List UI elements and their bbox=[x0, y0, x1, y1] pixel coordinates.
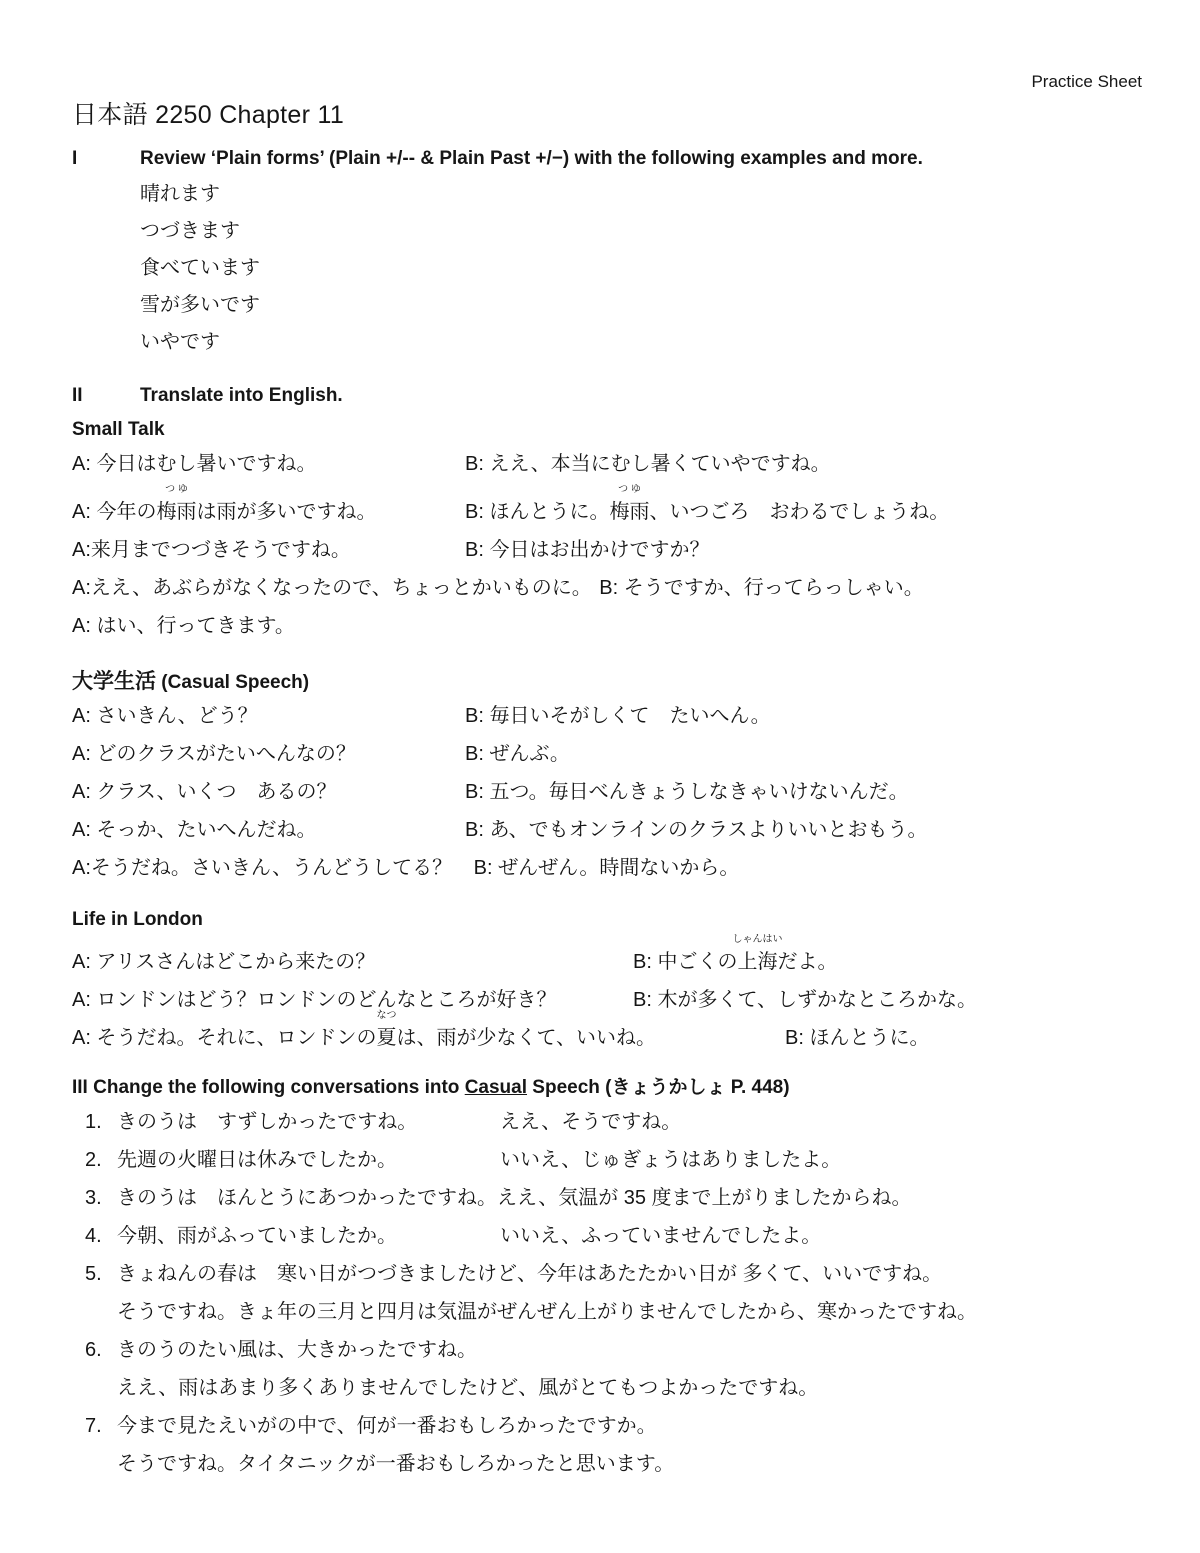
speaker-b-text: B: そうですか、行ってらっしゃい。 bbox=[599, 577, 923, 599]
speaker-a-text: A: アリスさんはどこから来たの？ bbox=[72, 951, 375, 973]
small-talk-heading: Small Talk bbox=[72, 415, 1144, 445]
item-question: 先週の火曜日は休みでしたか。 bbox=[117, 1149, 397, 1171]
item-response: ええ、そうですね。 bbox=[500, 1103, 681, 1141]
speaker-a-text: A: はい、行ってきます。 bbox=[72, 615, 295, 637]
item-number: 5. bbox=[85, 1255, 102, 1293]
dialogue-line: A: 今日はむし暑いですね。 B: ええ、本当にむし暑くていやですね。 bbox=[72, 445, 1144, 483]
item-number: 1. bbox=[85, 1103, 102, 1141]
ruby-word: つ ゆ梅雨 bbox=[156, 493, 196, 531]
exercise-item: 5. きょねんの春は 寒い日がつづきましたけど、今年はあたたかい日が 多くて、い… bbox=[72, 1255, 1144, 1293]
speaker-b-text: B: ほんとうに。つ ゆ梅雨、いつごろ おわるでしょうね。 bbox=[465, 493, 949, 531]
section-ii-numeral: II bbox=[72, 383, 140, 409]
speaker-b-text: B: 毎日いそがしくて たいへん。 bbox=[465, 697, 771, 735]
dialogue-line: A: そっか、たいへんだね。 B: あ、でもオンラインのクラスよりいいとおもう。 bbox=[72, 811, 1144, 849]
item-continuation-line: そうですね。タイタニックが一番おもしろかったと思います。 bbox=[72, 1445, 1144, 1483]
ruby-word: しゃんはい上海 bbox=[737, 943, 777, 981]
text-segment: B: ほんとうに。 bbox=[465, 501, 609, 523]
example-line: いやです bbox=[140, 324, 1144, 361]
exercise-item: 4. 今朝、雨がふっていましたか。 いいえ、ふっていませんでしたよ。 bbox=[72, 1217, 1144, 1255]
speaker-a-text: A:来月までつづきそうですね。 bbox=[72, 539, 351, 561]
item-question: きのうのたい風は、大きかったですね。 bbox=[117, 1339, 477, 1361]
campus-life-heading: 大学生活 (Casual Speech) bbox=[72, 667, 1144, 697]
ruby-base: 梅雨 bbox=[609, 501, 649, 523]
exercise-item: 2. 先週の火曜日は休みでしたか。 いいえ、じゅぎょうはありましたよ。 bbox=[72, 1141, 1144, 1179]
heading-text: III Change the following conversations i… bbox=[72, 1077, 459, 1098]
item-number: 2. bbox=[85, 1141, 102, 1179]
section-i-heading: Review ‘Plain forms’ (Plain +/-- & Plain… bbox=[140, 148, 923, 169]
life-in-london-heading: Life in London bbox=[72, 905, 1144, 935]
example-line: 食べています bbox=[140, 250, 1144, 287]
ruby-word: つ ゆ梅雨 bbox=[609, 493, 649, 531]
dialogue-line: A: さいきん、どう？ B: 毎日いそがしくて たいへん。 bbox=[72, 697, 1144, 735]
dialogue-line: A: 今年のつ ゆ梅雨は雨が多いですね。 B: ほんとうに。つ ゆ梅雨、いつごろ… bbox=[72, 493, 1144, 531]
speaker-a-text: A: どのクラスがたいへんなの？ bbox=[72, 743, 356, 765]
speaker-b-text: B: ええ、本当にむし暑くていやですね。 bbox=[465, 445, 831, 483]
heading-text: Speech (きょうかしょ P. 448) bbox=[532, 1077, 789, 1098]
text-segment: B: 中ごくの bbox=[633, 951, 737, 973]
dialogue-line: A: どのクラスがたいへんなの？ B: ぜんぶ。 bbox=[72, 735, 1144, 773]
dialogue-line: A: ロンドンはどう？ロンドンのどんなところが好き？ B: 木が多くて、しずかな… bbox=[72, 981, 1144, 1019]
exercise-item: 6. きのうのたい風は、大きかったですね。 bbox=[72, 1331, 1144, 1369]
example-line: 雪が多いです bbox=[140, 287, 1144, 324]
item-response: いいえ、ふっていませんでしたよ。 bbox=[500, 1217, 821, 1255]
dialogue-line: A: そうだね。それに、ロンドンのなつ夏は、雨が少なくて、いいね。 B: ほんと… bbox=[72, 1019, 1144, 1057]
speaker-b-text: B: あ、でもオンラインのクラスよりいいとおもう。 bbox=[465, 811, 927, 849]
speaker-b-text: B: 木が多くて、しずかなところかな。 bbox=[633, 981, 977, 1019]
ruby-word: なつ夏 bbox=[376, 1019, 396, 1057]
page-title: 日本語 2250 Chapter 11 bbox=[72, 98, 1144, 132]
ruby-base: 梅雨 bbox=[156, 501, 196, 523]
example-line: つづきます bbox=[140, 213, 1144, 250]
furigana: なつ bbox=[376, 1011, 396, 1021]
corner-label: Practice Sheet bbox=[1031, 72, 1142, 92]
item-question: きのうは ほんとうにあつかったですね。ええ、気温が 35 度まで上がりましたから… bbox=[117, 1187, 912, 1209]
item-response: いいえ、じゅぎょうはありましたよ。 bbox=[500, 1141, 841, 1179]
speaker-b-text: B: 中ごくのしゃんはい上海だよ。 bbox=[633, 943, 837, 981]
section-i-heading-row: IReview ‘Plain forms’ (Plain +/-- & Plai… bbox=[72, 146, 1144, 172]
practice-sheet-page: Practice Sheet 日本語 2250 Chapter 11 IRevi… bbox=[0, 0, 1200, 1553]
section-ii-heading-row: IITranslate into English. bbox=[72, 383, 1144, 409]
dialogue-line: A:来月までつづきそうですね。 B: 今日はお出かけですか？ bbox=[72, 531, 1144, 569]
item-number: 4. bbox=[85, 1217, 102, 1255]
exercise-item: 3. きのうは ほんとうにあつかったですね。ええ、気温が 35 度まで上がりまし… bbox=[72, 1179, 1144, 1217]
speaker-a-text: A: さいきん、どう？ bbox=[72, 705, 258, 727]
item-number: 7. bbox=[85, 1407, 102, 1445]
speaker-a-text: A:そうだね。さいきん、うんどうしてる？ bbox=[72, 857, 452, 879]
item-question: 今朝、雨がふっていましたか。 bbox=[117, 1225, 397, 1247]
text-segment: は雨が多いですね。 bbox=[196, 501, 376, 523]
speaker-a-text: A:ええ、あぶらがなくなったので、ちょっとかいものに。 bbox=[72, 577, 592, 599]
speaker-b-text: B: 今日はお出かけですか？ bbox=[465, 531, 709, 569]
item-question: きょねんの春は 寒い日がつづきましたけど、今年はあたたかい日が 多くて、いいです… bbox=[117, 1263, 942, 1285]
item-number: 3. bbox=[85, 1179, 102, 1217]
dialogue-line: A:ええ、あぶらがなくなったので、ちょっとかいものに。 B: そうですか、行って… bbox=[72, 569, 1144, 607]
exercise-item: 1. きのうは すずしかったですね。 ええ、そうですね。 bbox=[72, 1103, 1144, 1141]
example-line: 晴れます bbox=[140, 176, 1144, 213]
furigana: つ ゆ bbox=[165, 485, 188, 495]
speaker-a-text: A: 今日はむし暑いですね。 bbox=[72, 453, 316, 475]
item-continuation-line: そうですね。きょ年の三月と四月は気温がぜんぜん上がりませんでしたから、寒かったで… bbox=[72, 1293, 1144, 1331]
dialogue-line: A: クラス、いくつ あるの？ B: 五つ。毎日べんきょうしなきゃいけないんだ。 bbox=[72, 773, 1144, 811]
speaker-b-text: B: ほんとうに。 bbox=[785, 1019, 929, 1057]
item-question: 今まで見たえいがの中で、何が一番おもしろかったですか。 bbox=[117, 1415, 657, 1437]
dialogue-line: A:そうだね。さいきん、うんどうしてる？ B: ぜんぜん。時間ないから。 bbox=[72, 849, 1144, 887]
dialogue-line: A: はい、行ってきます。 bbox=[72, 607, 1144, 645]
text-segment: だよ。 bbox=[777, 951, 837, 973]
text-segment: A: そうだね。それに、ロンドンの bbox=[72, 1027, 376, 1049]
heading-underlined-word: Casual bbox=[465, 1077, 527, 1098]
item-question: きのうは すずしかったですね。 bbox=[117, 1111, 417, 1133]
speaker-a-text: A: 今年のつ ゆ梅雨は雨が多いですね。 bbox=[72, 501, 376, 523]
section-i-numeral: I bbox=[72, 146, 140, 172]
section-ii-heading: Translate into English. bbox=[140, 385, 343, 406]
speaker-a-text: A: そっか、たいへんだね。 bbox=[72, 819, 316, 841]
ruby-base: 夏 bbox=[376, 1027, 396, 1049]
ruby-base: 上海 bbox=[737, 951, 777, 973]
speaker-b-text: B: ぜんぶ。 bbox=[465, 735, 570, 773]
document-content: 日本語 2250 Chapter 11 IReview ‘Plain forms… bbox=[0, 0, 1200, 1483]
dialogue-line: A: アリスさんはどこから来たの？ B: 中ごくのしゃんはい上海だよ。 bbox=[72, 943, 1144, 981]
text-segment: は、雨が少なくて、いいね。 bbox=[396, 1027, 656, 1049]
section-i-examples: 晴れます つづきます 食べています 雪が多いです いやです bbox=[72, 176, 1144, 361]
campus-life-heading-en: (Casual Speech) bbox=[161, 672, 309, 693]
exercise-item: 7. 今まで見たえいがの中で、何が一番おもしろかったですか。 bbox=[72, 1407, 1144, 1445]
speaker-a-text: A: クラス、いくつ あるの？ bbox=[72, 781, 336, 803]
furigana: つ ゆ bbox=[618, 485, 641, 495]
item-continuation-line: ええ、雨はあまり多くありませんでしたけど、風がとてもつよかったですね。 bbox=[72, 1369, 1144, 1407]
campus-life-heading-jp: 大学生活 bbox=[72, 670, 156, 693]
text-segment: 、いつごろ おわるでしょうね。 bbox=[649, 501, 949, 523]
text-segment: A: 今年の bbox=[72, 501, 156, 523]
speaker-b-text: B: 五つ。毎日べんきょうしなきゃいけないんだ。 bbox=[465, 773, 909, 811]
speaker-b-text: B: ぜんぜん。時間ないから。 bbox=[474, 857, 740, 879]
furigana: しゃんはい bbox=[732, 935, 782, 945]
item-number: 6. bbox=[85, 1331, 102, 1369]
section-iii-heading: III Change the following conversations i… bbox=[72, 1073, 1144, 1103]
speaker-a-text: A: そうだね。それに、ロンドンのなつ夏は、雨が少なくて、いいね。 bbox=[72, 1027, 656, 1049]
speaker-a-text: A: ロンドンはどう？ロンドンのどんなところが好き？ bbox=[72, 989, 556, 1011]
